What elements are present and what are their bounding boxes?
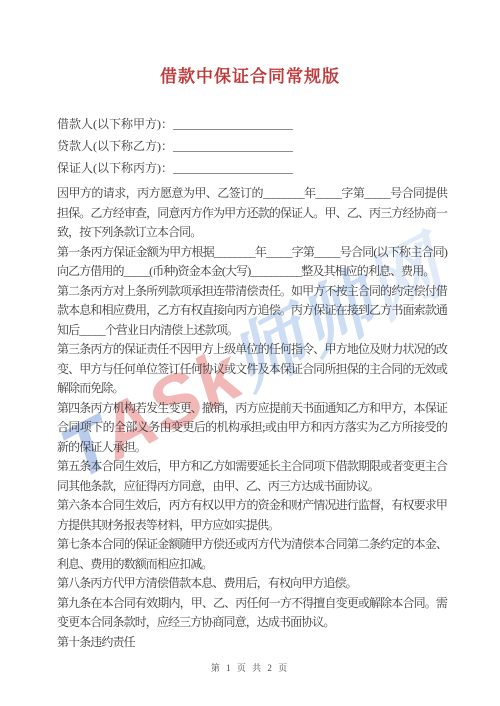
party-blank-field: ____________________ <box>173 161 293 175</box>
contract-paragraph-article-8: 第八条丙方代甲方清偿借款本息、费用后，有权向甲方追偿。 <box>57 574 447 594</box>
contract-paragraph-article-10: 第十条违约责任 <box>57 633 447 653</box>
contract-paragraph-article-7: 第七条本合同的保证金额随甲方偿还或丙方代为清偿本合同第二条约定的本金、利息、费用… <box>57 535 447 574</box>
party-label: 保证人(以下称丙方)： <box>57 161 173 175</box>
contract-paragraph-article-9: 第九条在本合同有效期内，甲、乙、丙任何一方不得擅自变更或解除本合同。需变更本合同… <box>57 594 447 633</box>
contract-paragraph-article-2: 第二条丙方对上条所列款项承担连带清偿责任。如甲方不按主合同的约定偿付借款本息和相… <box>57 282 447 341</box>
party-label: 贷款人(以下称乙方)： <box>57 139 173 153</box>
contract-paragraph-article-4: 第四条丙方机构若发生变更、撤销，丙方应提前天书面通知乙方和甲方，本保证合同项下的… <box>57 399 447 458</box>
party-label: 借款人(以下称甲方)： <box>57 117 173 131</box>
party-blank-field: ____________________ <box>173 139 293 153</box>
party-line-guarantor: 保证人(以下称丙方)：____________________ <box>57 157 447 179</box>
document-page: TASk师帅网 借款中保证合同常规版 借款人(以下称甲方)：__________… <box>0 0 500 706</box>
contract-body: 因甲方的请求，丙方愿意为甲、乙签订的________年_____字第_____号… <box>57 184 447 652</box>
party-blank-field: ____________________ <box>173 117 293 131</box>
contract-paragraph-article-3: 第三条丙方的保证责任不因甲方上级单位的任何指令、甲方地位及财力状况的改变、甲方与… <box>57 340 447 399</box>
party-line-borrower: 借款人(以下称甲方)：____________________ <box>57 113 447 135</box>
contract-paragraph-article-5: 第五条本合同生效后，甲方和乙方如需要延长主合同项下借款期限或者变更主合同其他条款… <box>57 457 447 496</box>
page-number-footer: 第 1 页 共 2 页 <box>0 661 500 674</box>
contract-paragraph-article-1: 第一条丙方保证金额为甲方根据________年_____字第_____号合同(以… <box>57 243 447 282</box>
party-line-lender: 贷款人(以下称乙方)：____________________ <box>57 135 447 157</box>
parties-block: 借款人(以下称甲方)：____________________ 贷款人(以下称乙… <box>57 113 447 179</box>
document-title: 借款中保证合同常规版 <box>0 0 500 87</box>
contract-paragraph-article-6: 第六条本合同生效后，丙方有权以甲方的资金和财产情况进行监督，有权要求甲方提供其财… <box>57 496 447 535</box>
contract-paragraph-intro: 因甲方的请求，丙方愿意为甲、乙签订的________年_____字第_____号… <box>57 184 447 243</box>
